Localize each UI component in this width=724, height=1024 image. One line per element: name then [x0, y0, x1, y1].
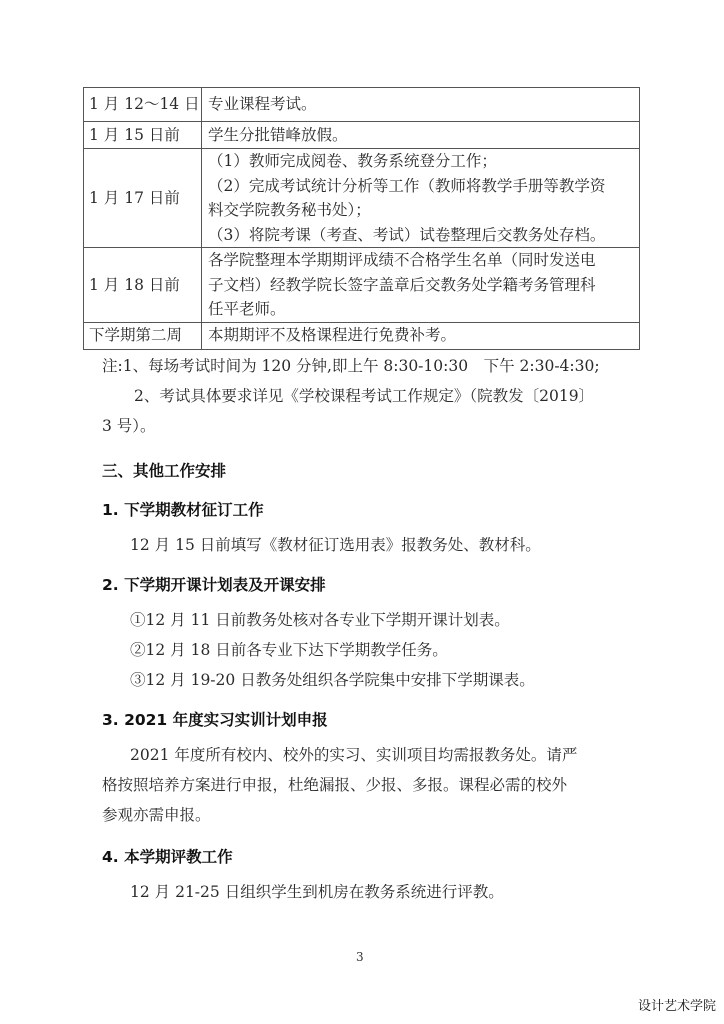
table-row: 1 月 17 日前 （1）教师完成阅卷、教务系统登分工作； （2）完成考试统计分… [84, 149, 640, 248]
content-cell: （1）教师完成阅卷、教务系统登分工作； （2）完成考试统计分析等工作（教师将教学… [202, 149, 640, 248]
section-title: 三、其他工作安排 [102, 459, 226, 481]
content-line: 子文档）经教学院长签字盖章后交教务处学籍考务管理科 [208, 273, 635, 298]
content-cell: 专业课程考试。 [202, 88, 640, 122]
item-paragraph: 12 月 21-25 日组织学生到机房在教务系统进行评教。 [130, 880, 504, 905]
item-paragraph: ③12 月 19-20 日教务处组织各学院集中安排下学期课表。 [130, 668, 535, 693]
item-heading: 3. 2021 年度实习实训计划申报 [102, 708, 328, 730]
content-line: （1）教师完成阅卷、教务系统登分工作； [208, 149, 635, 174]
item-paragraph: ②12 月 18 日前各专业下达下学期教学任务。 [130, 638, 448, 663]
content-cell: 学生分批错峰放假。 [202, 122, 640, 149]
item-paragraph: 参观亦需申报。 [102, 803, 211, 828]
date-cell: 1 月 12～14 日 [84, 88, 202, 122]
item-heading: 4. 本学期评教工作 [102, 845, 233, 867]
content-cell: 本期期评不及格课程进行免费补考。 [202, 322, 640, 349]
date-cell: 1 月 17 日前 [84, 149, 202, 248]
item-paragraph: 2021 年度所有校内、校外的实习、实训项目均需报教务处。请严 [130, 743, 577, 768]
content-line: 料交学院教务秘书处）； [208, 198, 635, 223]
item-paragraph: ①12 月 11 日前教务处核对各专业下学期开课计划表。 [130, 608, 510, 633]
content-line: 各学院整理本学期期评成绩不合格学生名单（同时发送电 [208, 248, 635, 273]
note-1: 注:1、每场考试时间为 120 分钟,即上午 8:30-10:30 下午 2:3… [102, 354, 600, 379]
item-paragraph: 12 月 15 日前填写《教材征订选用表》报教务处、教材科。 [130, 533, 541, 558]
content-line: 本期期评不及格课程进行免费补考。 [208, 323, 635, 348]
watermark-label: 设计艺术学院 [638, 995, 716, 1014]
date-cell: 1 月 15 日前 [84, 122, 202, 149]
exam-schedule-table: 1 月 12～14 日 专业课程考试。 1 月 15 日前 学生分批错峰放假。 … [83, 87, 640, 350]
document-page: 1 月 12～14 日 专业课程考试。 1 月 15 日前 学生分批错峰放假。 … [0, 0, 724, 1024]
page-number: 3 [356, 950, 364, 964]
content-line: （3）将院考课（考查、考试）试卷整理后交教务处存档。 [208, 223, 635, 248]
content-line: 学生分批错峰放假。 [208, 123, 635, 148]
item-heading: 1. 下学期教材征订工作 [102, 498, 264, 520]
date-cell: 下学期第二周 [84, 322, 202, 349]
content-cell: 各学院整理本学期期评成绩不合格学生名单（同时发送电 子文档）经教学院长签字盖章后… [202, 248, 640, 323]
item-paragraph: 格按照培养方案进行申报，杜绝漏报、少报、多报。课程必需的校外 [102, 773, 567, 798]
note-2-continued: 3 号）。 [102, 414, 156, 439]
content-line: （2）完成考试统计分析等工作（教师将教学手册等教学资 [208, 174, 635, 199]
table-row: 1 月 15 日前 学生分批错峰放假。 [84, 122, 640, 149]
content-line: 专业课程考试。 [208, 92, 635, 117]
table-row: 1 月 18 日前 各学院整理本学期期评成绩不合格学生名单（同时发送电 子文档）… [84, 248, 640, 323]
table-row: 下学期第二周 本期期评不及格课程进行免费补考。 [84, 322, 640, 349]
content-line: 任平老师。 [208, 297, 635, 322]
note-2: 2、考试具体要求详见《学校课程考试工作规定》（院教发〔2019〕 [134, 384, 594, 409]
item-heading: 2. 下学期开课计划表及开课安排 [102, 573, 326, 595]
date-cell: 1 月 18 日前 [84, 248, 202, 323]
table-row: 1 月 12～14 日 专业课程考试。 [84, 88, 640, 122]
